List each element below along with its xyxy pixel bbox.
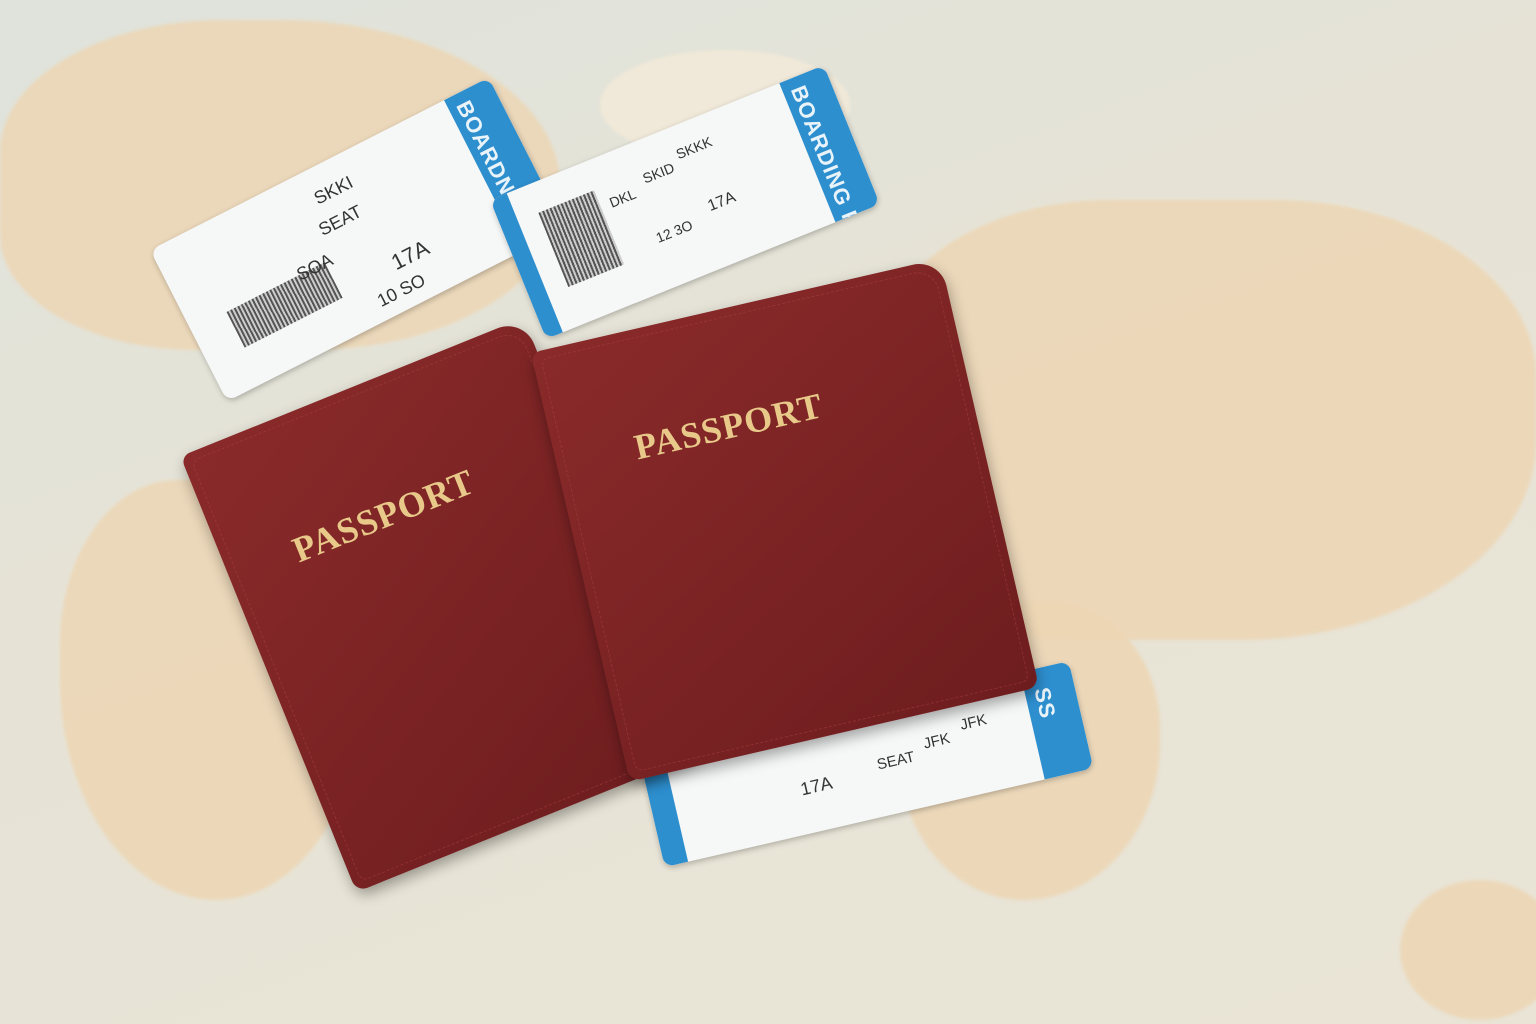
barcode [226, 262, 342, 348]
ticket-field: SKKK [674, 133, 715, 162]
ticket-field: DKL [607, 186, 638, 211]
australia-landmass [1400, 880, 1536, 1020]
seat-number: 17A [705, 189, 738, 216]
passport-title: PASSPORT [287, 460, 481, 571]
seat-number: 17A [799, 773, 835, 801]
ticket-field: SKID [640, 159, 676, 186]
ticket-field: JFK [922, 730, 952, 753]
ticket-field: 12 3O [654, 217, 695, 246]
ticket-field: JFK [959, 711, 989, 734]
passport-title: PASSPORT [630, 384, 827, 468]
boarding-pass-header: SS [1028, 685, 1060, 721]
ticket-field: SEAT [875, 748, 916, 773]
seat-number: 17A [387, 235, 434, 276]
